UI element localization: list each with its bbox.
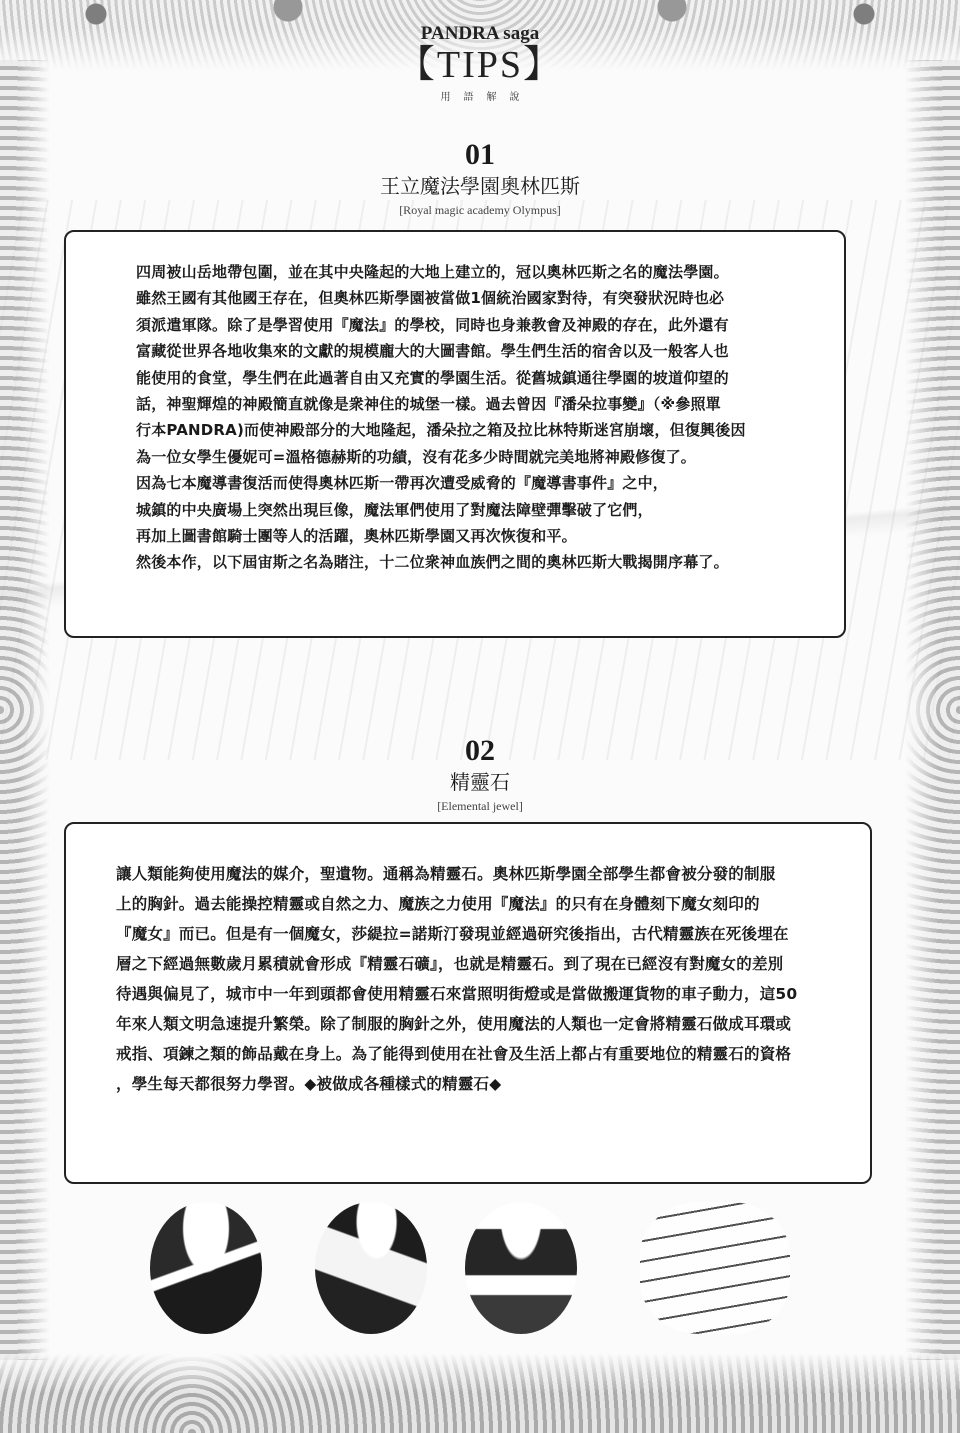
section-english-title: [Royal magic academy Olympus] (0, 203, 960, 218)
ornamental-border-left (0, 60, 50, 1360)
page-title: 【TIPS】 (0, 46, 960, 84)
body-line: 讓人類能夠使用魔法的媒介，聖遺物。通稱為精靈石。奧林匹斯學園全部學生都會被分發的… (116, 859, 870, 889)
body-line: 須派遣軍隊。除了是學習使用『魔法』的學校，同時也身兼教會及神殿的存在，此外還有 (136, 312, 844, 338)
ornamental-border-right (905, 60, 960, 1360)
section-title: 精靈石 (0, 769, 960, 795)
body-line: 層之下經過無數歲月累積就會形成『精靈石礦』，也就是精靈石。到了現在已經沒有對魔女… (116, 949, 870, 979)
illustration-uniform-brooch (150, 1202, 262, 1334)
illustration-ribbon-brooch (315, 1202, 427, 1334)
body-line: 富藏從世界各地收集來的文獻的規模龐大的大圖書館。學生們生活的宿舍以及一般客人也 (136, 338, 844, 364)
section-01-heading: 01 王立魔法學園奧林匹斯 [Royal magic academy Olymp… (0, 140, 960, 218)
body-line: 四周被山岳地帶包圍，並在其中央隆起的大地上建立的，冠以奧林匹斯之名的魔法學園。 (136, 259, 844, 285)
body-line: 戒指、項鍊之類的飾品戴在身上。為了能得到使用在社會及生活上都占有重要地位的精靈石… (116, 1039, 870, 1069)
section-english-title: [Elemental jewel] (0, 799, 960, 814)
body-line: 話，神聖輝煌的神殿簡直就像是衆神住的城堡一樣。過去曾因『潘朵拉事變』（※參照單 (136, 391, 844, 417)
body-line: 雖然王國有其他國王存在，但奧林匹斯學園被當做1個統治國家對待，有突發狀況時也必 (136, 285, 844, 311)
section-01-body: 四周被山岳地帶包圍，並在其中央隆起的大地上建立的，冠以奧林匹斯之名的魔法學園。 … (64, 230, 846, 638)
body-line: 再加上圖書館騎士團等人的活躍，奧林匹斯學園又再次恢復和平。 (136, 523, 844, 549)
section-02-heading: 02 精靈石 [Elemental jewel] (0, 736, 960, 814)
body-line: 年來人類文明急速提升繁榮。除了制服的胸針之外，使用魔法的人類也一定會將精靈石做成… (116, 1009, 870, 1039)
body-line: 行本PANDRA)而使神殿部分的大地隆起，潘朵拉之箱及拉比林特斯迷宮崩壞，但復興… (136, 417, 844, 443)
body-line: 能使用的食堂，學生們在此過著自由又充實的學園生活。從舊城鎮通往學園的坡道仰望的 (136, 365, 844, 391)
page-subtitle: 用語解說 (0, 88, 960, 103)
body-line: 城鎮的中央廣場上突然出現巨像，魔法軍們使用了對魔法障壁彈擊破了它們， (136, 497, 844, 523)
body-line: 待遇與偏見了，城市中一年到頭都會使用精靈石來當照明街燈或是當做搬運貨物的車子動力… (116, 979, 870, 1009)
ornamental-border-bottom (0, 1353, 960, 1433)
page-header: PANDRA saga 【TIPS】 用語解說 (0, 24, 960, 103)
section-02-body: 讓人類能夠使用魔法的媒介，聖遺物。通稱為精靈石。奧林匹斯學園全部學生都會被分發的… (64, 822, 872, 1184)
body-line: 『魔女』而已。但是有一個魔女，莎緹拉=諾斯汀發現並經過研究後指出，古代精靈族在死… (116, 919, 870, 949)
jewel-illustrations (0, 1192, 960, 1342)
body-line: 為一位女學生優妮可=溫格德赫斯的功績，沒有花多少時間就完美地將神殿修復了。 (136, 444, 844, 470)
illustration-collar-brooch (465, 1202, 577, 1334)
body-line: 上的胸針。過去能操控精靈或自然之力、魔族之力使用『魔法』的只有在身體刻下魔女刻印… (116, 889, 870, 919)
section-number: 01 (0, 140, 960, 170)
body-line: 然後本作，以下屆宙斯之名為賭注，十二位衆神血族們之間的奧林匹斯大戰揭開序幕了。 (136, 549, 844, 575)
brand-title: PANDRA saga (0, 24, 960, 44)
illustration-ring-hand (640, 1202, 790, 1334)
section-title: 王立魔法學園奧林匹斯 (0, 173, 960, 199)
section-number: 02 (0, 736, 960, 766)
body-line: 因為七本魔導書復活而使得奧林匹斯一帶再次遭受威脅的『魔導書事件』之中， (136, 470, 844, 496)
body-line: ，學生每天都很努力學習。◆被做成各種樣式的精靈石◆ (116, 1069, 870, 1099)
